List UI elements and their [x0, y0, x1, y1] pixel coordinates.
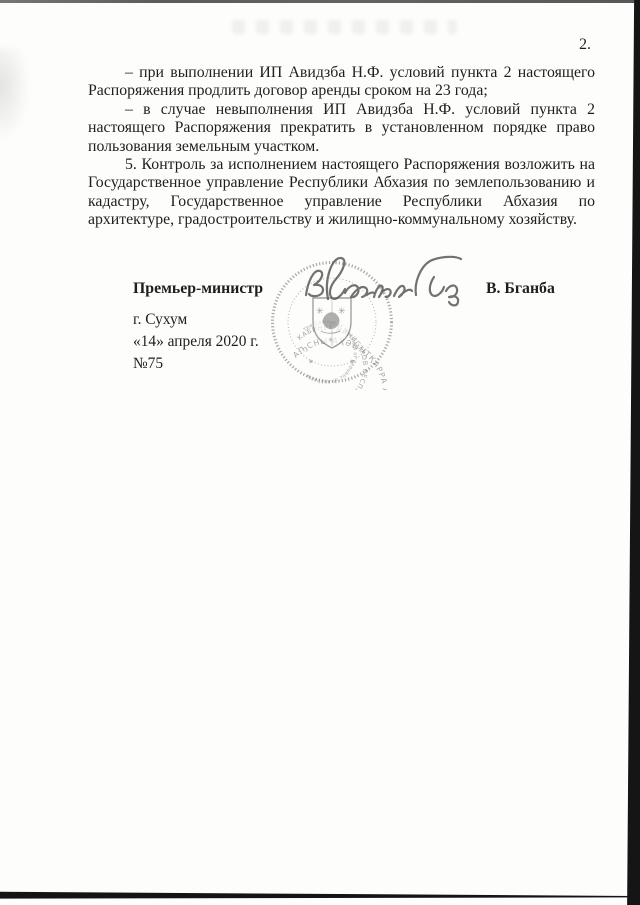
handwritten-signature	[294, 251, 464, 309]
document-page: 2. – при выполнении ИП Авидзба Н.Ф. усло…	[0, 0, 640, 905]
paragraph-termination: – в случае невыполнения ИП Авидзба Н.Ф. …	[88, 101, 595, 156]
scan-edge-top	[0, 0, 640, 3]
paragraph-control: 5. Контроль за исполнением настоящего Ра…	[88, 156, 595, 230]
signer-name: В. Бганба	[486, 280, 555, 298]
scan-edge-bottom	[0, 891, 633, 899]
stamp-star-left: ✶	[308, 358, 314, 366]
svg-text:✳: ✳	[328, 336, 334, 344]
document-body: – при выполнении ИП Авидзба Н.Ф. условий…	[88, 64, 595, 230]
document-number: №75	[133, 355, 163, 373]
scan-smudge	[0, 48, 30, 143]
document-date: «14» апреля 2020 г.	[133, 333, 259, 351]
signer-title: Премьер-министр	[133, 280, 263, 298]
stamp-star-right: ✶	[349, 358, 355, 366]
page-number: 2.	[579, 36, 591, 54]
bleed-through-ghost-text	[232, 20, 457, 34]
scan-edge-right	[626, 0, 640, 905]
document-place: г. Сухум	[133, 311, 187, 329]
signature-icon	[294, 251, 464, 309]
paragraph-lease-extension: – при выполнении ИП Авидзба Н.Ф. условий…	[88, 64, 595, 101]
